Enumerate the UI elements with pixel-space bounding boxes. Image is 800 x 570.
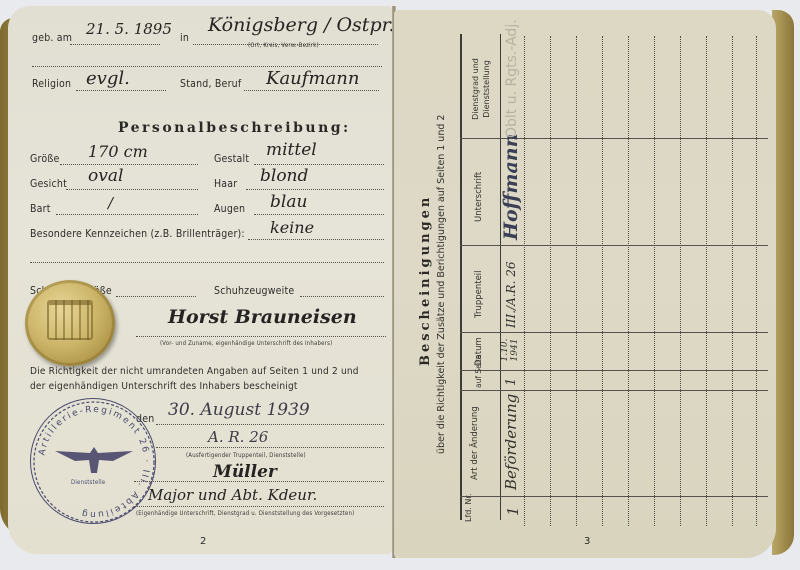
dotted-line: [254, 164, 384, 165]
entry-line: [602, 36, 603, 526]
dotted-line: [76, 90, 166, 91]
holder-signature-hint: (Vor- und Zuname, eigenhändige Unterschr…: [160, 340, 332, 347]
entry-line: [756, 36, 757, 526]
dotted-line: [300, 296, 384, 297]
dotted-line: [136, 336, 386, 337]
col-header-change: Art der Änderung: [470, 406, 480, 480]
dotted-line: [134, 506, 384, 507]
beard-label: Bart: [30, 203, 51, 215]
dotted-line: [254, 214, 384, 215]
stamp-center-text: Dienststelle: [71, 479, 105, 486]
place-label: in: [180, 32, 189, 44]
table-header-rule: [500, 34, 501, 520]
face-value: oval: [88, 166, 123, 186]
height-label: Größe: [30, 153, 60, 165]
officer-signature: Müller: [213, 462, 277, 482]
page-number-right: 3: [584, 536, 590, 547]
official-stamp: Artillerie-Regiment 26 · III. Abteilung …: [30, 398, 156, 524]
unit-hint: (Ausfertigender Truppenteil, Dienststell…: [186, 452, 306, 459]
entry-line: [680, 36, 681, 526]
brandenburg-gate-icon: [47, 300, 93, 340]
face-label: Gesicht: [30, 178, 67, 190]
date-value: 30. August 1939: [168, 400, 310, 420]
religion-value: evgl.: [86, 68, 130, 89]
col-header-nr: Lfd. Nr.: [464, 493, 473, 522]
hair-value: blond: [260, 166, 308, 186]
col-header-rank: Dienstgrad und Dienststellung: [470, 44, 492, 134]
dotted-line: [32, 66, 382, 67]
section-heading: Personalbeschreibung:: [118, 120, 351, 136]
eyes-label: Augen: [214, 203, 245, 215]
column-divider: [460, 390, 768, 391]
table-border: [460, 34, 462, 520]
row-1-date: 1.10. 1941: [500, 332, 520, 368]
eyes-value: blau: [270, 192, 307, 212]
marks-label: Besondere Kennzeichen (z.B. Brillenträge…: [30, 228, 245, 240]
place-hint: (Ort, Kreis, Verw.-Bezirk): [248, 42, 319, 49]
profession-label: Stand, Beruf: [180, 78, 241, 90]
entry-line: [706, 36, 707, 526]
dotted-line: [134, 481, 384, 482]
build-label: Gestalt: [214, 153, 249, 165]
born-label: geb. am: [32, 32, 72, 44]
holder-signature: Horst Brauneisen: [168, 306, 357, 328]
column-divider: [460, 370, 768, 371]
profession-value: Kaufmann: [266, 68, 359, 89]
officer-hint: (Eigenhändige Unterschrift, Dienstgrad u…: [136, 510, 354, 517]
entry-line: [524, 36, 525, 526]
row-1-unit: III./A.R. 26: [504, 262, 518, 329]
dotted-line: [248, 239, 384, 240]
dotted-line: [156, 424, 384, 425]
eagle-emblem-icon: [53, 443, 135, 477]
col-header-unit: Truppenteil: [474, 270, 484, 318]
dotted-line: [60, 164, 198, 165]
row-1-page: 1: [504, 378, 519, 386]
column-divider: [460, 496, 768, 497]
right-page: Bescheinigungen über die Richtigkeit der…: [394, 10, 776, 558]
entry-line: [732, 36, 733, 526]
col-header-signature: Unterschrift: [474, 172, 484, 222]
dotted-line: [156, 447, 384, 448]
place-value: Königsberg / Ostpr.: [208, 14, 392, 36]
row-1-change: Beförderung: [502, 394, 520, 490]
col-header-date: Datum: [474, 337, 484, 366]
entry-line: [628, 36, 629, 526]
dotted-line: [70, 44, 160, 45]
row-1-nr: 1: [504, 506, 522, 516]
unit-value: A. R. 26: [208, 428, 268, 446]
certification-text-2: der eigenhändigen Unterschrift des Inhab…: [30, 381, 298, 392]
page-number-left: 2: [200, 536, 206, 547]
dotted-line: [30, 262, 384, 263]
dotted-line: [246, 189, 384, 190]
left-page: geb. am 21. 5. 1895 in Königsberg / Ostp…: [8, 6, 392, 554]
religion-label: Religion: [32, 78, 71, 90]
row-1-rank: Oblt u. Rgts.-Adj.: [504, 19, 520, 138]
dotted-line: [66, 189, 198, 190]
open-booklet: geb. am 21. 5. 1895 in Königsberg / Ostp…: [0, 0, 800, 570]
page-subtitle: über die Richtigkeit der Zusätze und Ber…: [436, 115, 447, 454]
build-value: mittel: [266, 140, 317, 160]
height-value: 170 cm: [88, 142, 148, 161]
hair-label: Haar: [214, 178, 237, 190]
dotted-line: [56, 214, 198, 215]
entry-line: [654, 36, 655, 526]
entry-line: [576, 36, 577, 526]
born-value: 21. 5. 1895: [86, 20, 172, 38]
dotted-line: [244, 90, 379, 91]
certification-text-1: Die Richtigkeit der nicht umrandeten Ang…: [30, 366, 359, 377]
marks-value: keine: [270, 218, 314, 237]
row-1-signature: Hoffmann: [500, 134, 522, 240]
entry-line: [550, 36, 551, 526]
coin-for-scale: [25, 280, 115, 366]
page-title: Bescheinigungen: [418, 195, 433, 366]
column-divider: [460, 245, 768, 246]
beard-value: /: [108, 194, 113, 212]
officer-rank: Major und Abt. Kdeur.: [148, 486, 317, 504]
dotted-line: [116, 296, 196, 297]
shoe-width-label: Schuhzeugweite: [214, 285, 294, 297]
